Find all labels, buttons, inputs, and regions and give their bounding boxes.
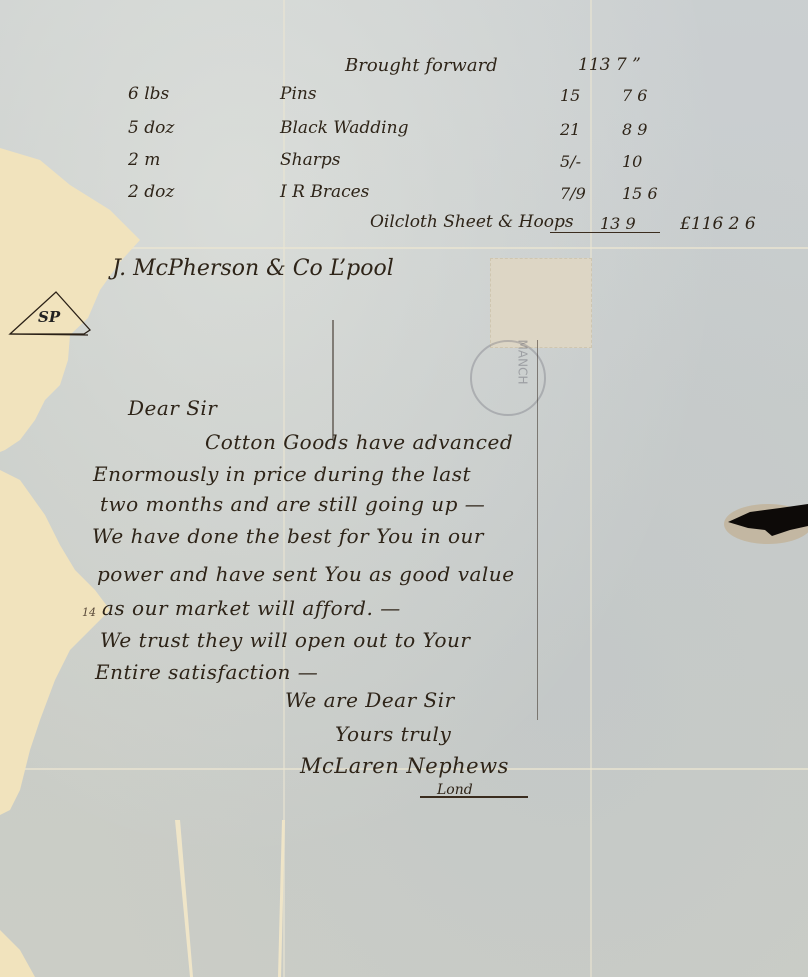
invoice-qty: 2 m (128, 150, 160, 170)
invoice-qty: 6 lbs (128, 84, 169, 104)
invoice-total: £116 2 6 (680, 214, 756, 234)
signature-underline (420, 796, 528, 798)
invoice-item: Black Wadding (280, 118, 408, 138)
invoice-rate: 7/9 (560, 184, 586, 203)
postmark-circle (470, 340, 546, 416)
invoice-rate: 21 (560, 120, 580, 139)
invoice-extra-amount: 13 9 (600, 214, 636, 233)
letter-salutation: Dear Sir (128, 396, 217, 420)
postmark-text: MANCH (515, 340, 529, 385)
invoice-amount: 15 6 (622, 184, 658, 203)
fold-line (590, 0, 592, 977)
letter-line: as our market will afford. — (102, 596, 401, 620)
letter-line: Cotton Goods have advanced (205, 430, 513, 454)
sp-badge-label: SP (38, 308, 60, 326)
paper-background (0, 0, 808, 977)
recipient-address: J. McPherson & Co L’pool (112, 256, 394, 281)
brought-forward-amount: 113 7 ” (578, 55, 641, 75)
invoice-amount: 8 9 (622, 120, 647, 139)
letter-line: Enormously in price during the last (93, 462, 471, 486)
letter-line: We trust they will open out to Your (100, 628, 470, 652)
letter-closing: We are Dear Sir (285, 688, 455, 712)
letter-line: two months and are still going up — (100, 492, 485, 516)
fold-line (283, 0, 285, 977)
invoice-amount: 10 (622, 152, 642, 171)
brought-forward-label: Brought forward (345, 55, 498, 76)
invoice-item: Sharps (280, 150, 340, 170)
cross-writing-stroke (537, 340, 538, 720)
letter-signature: McLaren Nephews (300, 754, 509, 778)
invoice-qty: 2 doz (128, 182, 174, 202)
invoice-amount: 7 6 (622, 86, 647, 105)
stamp-remnant (490, 258, 592, 348)
invoice-item: Pins (280, 84, 317, 104)
invoice-rate: 15 (560, 86, 580, 105)
invoice-rate: 5/- (560, 152, 581, 171)
fold-line (0, 247, 808, 249)
invoice-item: I R Braces (280, 182, 369, 202)
invoice-qty: 5 doz (128, 118, 174, 138)
letter-line: power and have sent You as good value (97, 562, 515, 586)
letter-closing: Yours truly (335, 722, 451, 746)
cross-writing-stroke (332, 320, 334, 440)
margin-note: 14 (82, 606, 96, 619)
letter-line: We have done the best for You in our (92, 524, 484, 548)
invoice-extra-label: Oilcloth Sheet & Hoops (370, 212, 574, 232)
burn-hole (720, 500, 808, 545)
letter-line: Entire satisfaction — (95, 660, 318, 684)
